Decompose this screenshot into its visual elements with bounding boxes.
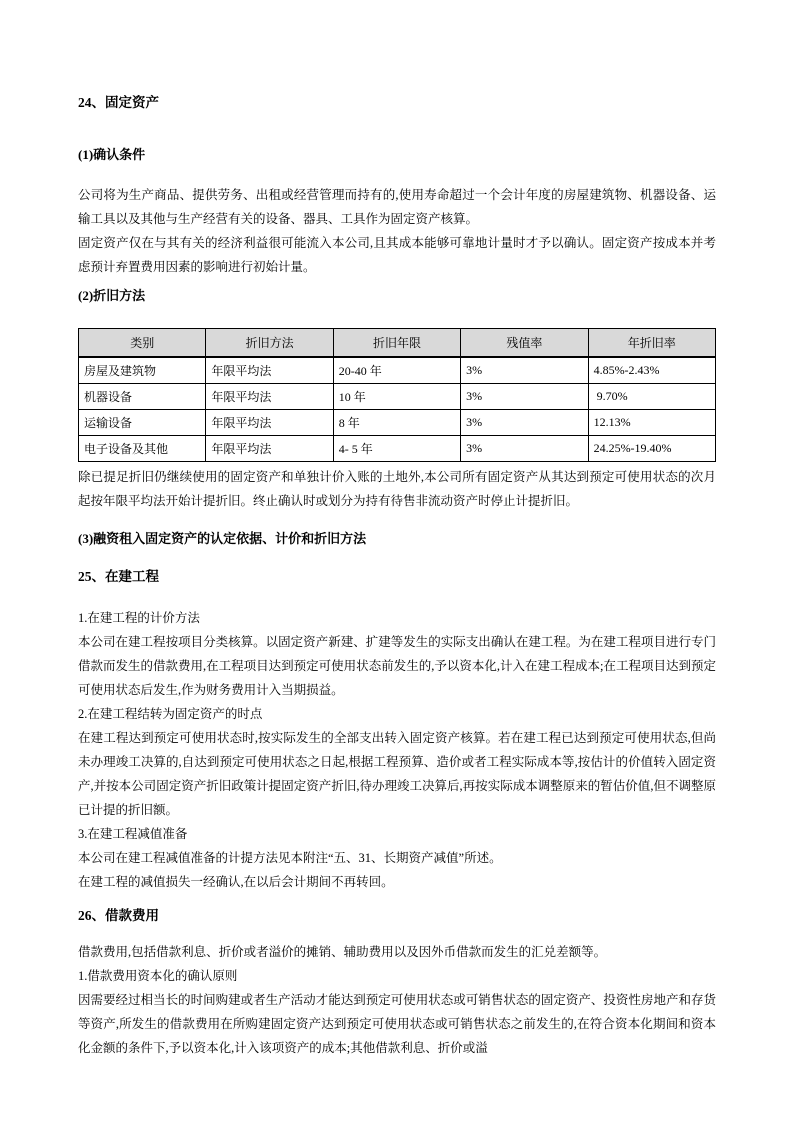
table-cell: 电子设备及其他 [79, 436, 206, 462]
table-cell: 4.85%-2.43% [588, 357, 715, 384]
table-row-electronics: 电子设备及其他 年限平均法 4- 5 年 3% 24.25%-19.40% [79, 436, 716, 462]
paragraph-recognition-2: 固定资产仅在与其有关的经济利益很可能流入本公司,且其成本能够可靠地计量时才予以确… [78, 231, 716, 279]
paragraph-cip-1-head: 1.在建工程的计价方法 [78, 606, 716, 630]
table-cell: 24.25%-19.40% [588, 436, 715, 462]
table-cell: 年限平均法 [206, 436, 333, 462]
table-cell: 房屋及建筑物 [79, 357, 206, 384]
table-row-buildings: 房屋及建筑物 年限平均法 20-40 年 3% 4.85%-2.43% [79, 357, 716, 384]
section-24-title: 24、固定资产 [78, 95, 716, 111]
table-cell: 年限平均法 [206, 384, 333, 410]
paragraph-cip-2: 在建工程达到预定可使用状态时,按实际发生的全部支出转入固定资产核算。若在建工程已… [78, 726, 716, 822]
table-cell: 9.70% [588, 384, 715, 410]
table-header-row: 类别 折旧方法 折旧年限 残值率 年折旧率 [79, 329, 716, 358]
table-cell: 3% [461, 384, 588, 410]
table-header-annual-rate: 年折旧率 [588, 329, 715, 358]
table-cell: 4- 5 年 [333, 436, 460, 462]
paragraph-cip-4: 在建工程的减值损失一经确认,在以后会计期间不再转回。 [78, 870, 716, 894]
table-cell: 12.13% [588, 410, 715, 436]
depreciation-table: 类别 折旧方法 折旧年限 残值率 年折旧率 房屋及建筑物 年限平均法 20-40… [78, 328, 716, 462]
section-24-1-heading: (1)确认条件 [78, 147, 716, 163]
section-26-title: 26、借款费用 [78, 908, 716, 924]
table-cell: 8 年 [333, 410, 460, 436]
document-page: 24、固定资产 (1)确认条件 公司将为生产商品、提供劳务、出租或经营管理而持有… [0, 0, 793, 1122]
paragraph-cip-3: 本公司在建工程减值准备的计提方法见本附注“五、31、长期资产减值”所述。 [78, 846, 716, 870]
page-content: 24、固定资产 (1)确认条件 公司将为生产商品、提供劳务、出租或经营管理而持有… [78, 95, 716, 1060]
table-cell: 10 年 [333, 384, 460, 410]
table-row-transport: 运输设备 年限平均法 8 年 3% 12.13% [79, 410, 716, 436]
table-cell: 3% [461, 357, 588, 384]
table-row-machinery: 机器设备 年限平均法 10 年 3% 9.70% [79, 384, 716, 410]
paragraph-borrowing-2-head: 1.借款费用资本化的确认原则 [78, 964, 716, 988]
paragraph-recognition-1: 公司将为生产商品、提供劳务、出租或经营管理而持有的,使用寿命超过一个会计年度的房… [78, 183, 716, 231]
table-cell: 机器设备 [79, 384, 206, 410]
paragraph-depreciation-note: 除已提足折旧仍继续使用的固定资产和单独计价入账的土地外,本公司所有固定资产从其达… [78, 465, 716, 513]
table-header-residual-rate: 残值率 [461, 329, 588, 358]
table-header-life: 折旧年限 [333, 329, 460, 358]
table-cell: 年限平均法 [206, 410, 333, 436]
paragraph-cip-3-head: 3.在建工程减值准备 [78, 822, 716, 846]
table-cell: 20-40 年 [333, 357, 460, 384]
paragraph-borrowing-2: 因需要经过相当长的时间购建或者生产活动才能达到预定可使用状态或可销售状态的固定资… [78, 988, 716, 1060]
table-cell: 年限平均法 [206, 357, 333, 384]
paragraph-cip-2-head: 2.在建工程结转为固定资产的时点 [78, 702, 716, 726]
section-24-3-heading: (3)融资租入固定资产的认定依据、计价和折旧方法 [78, 531, 716, 547]
table-header-method: 折旧方法 [206, 329, 333, 358]
table-cell: 运输设备 [79, 410, 206, 436]
section-24-2-heading: (2)折旧方法 [78, 288, 716, 304]
paragraph-cip-1: 本公司在建工程按项目分类核算。以固定资产新建、扩建等发生的实际支出确认在建工程。… [78, 630, 716, 702]
section-25-title: 25、在建工程 [78, 569, 716, 585]
table-header-category: 类别 [79, 329, 206, 358]
table-cell: 3% [461, 410, 588, 436]
table-cell: 3% [461, 436, 588, 462]
paragraph-borrowing-1: 借款费用,包括借款利息、折价或者溢价的摊销、辅助费用以及因外币借款而发生的汇兑差… [78, 940, 716, 964]
